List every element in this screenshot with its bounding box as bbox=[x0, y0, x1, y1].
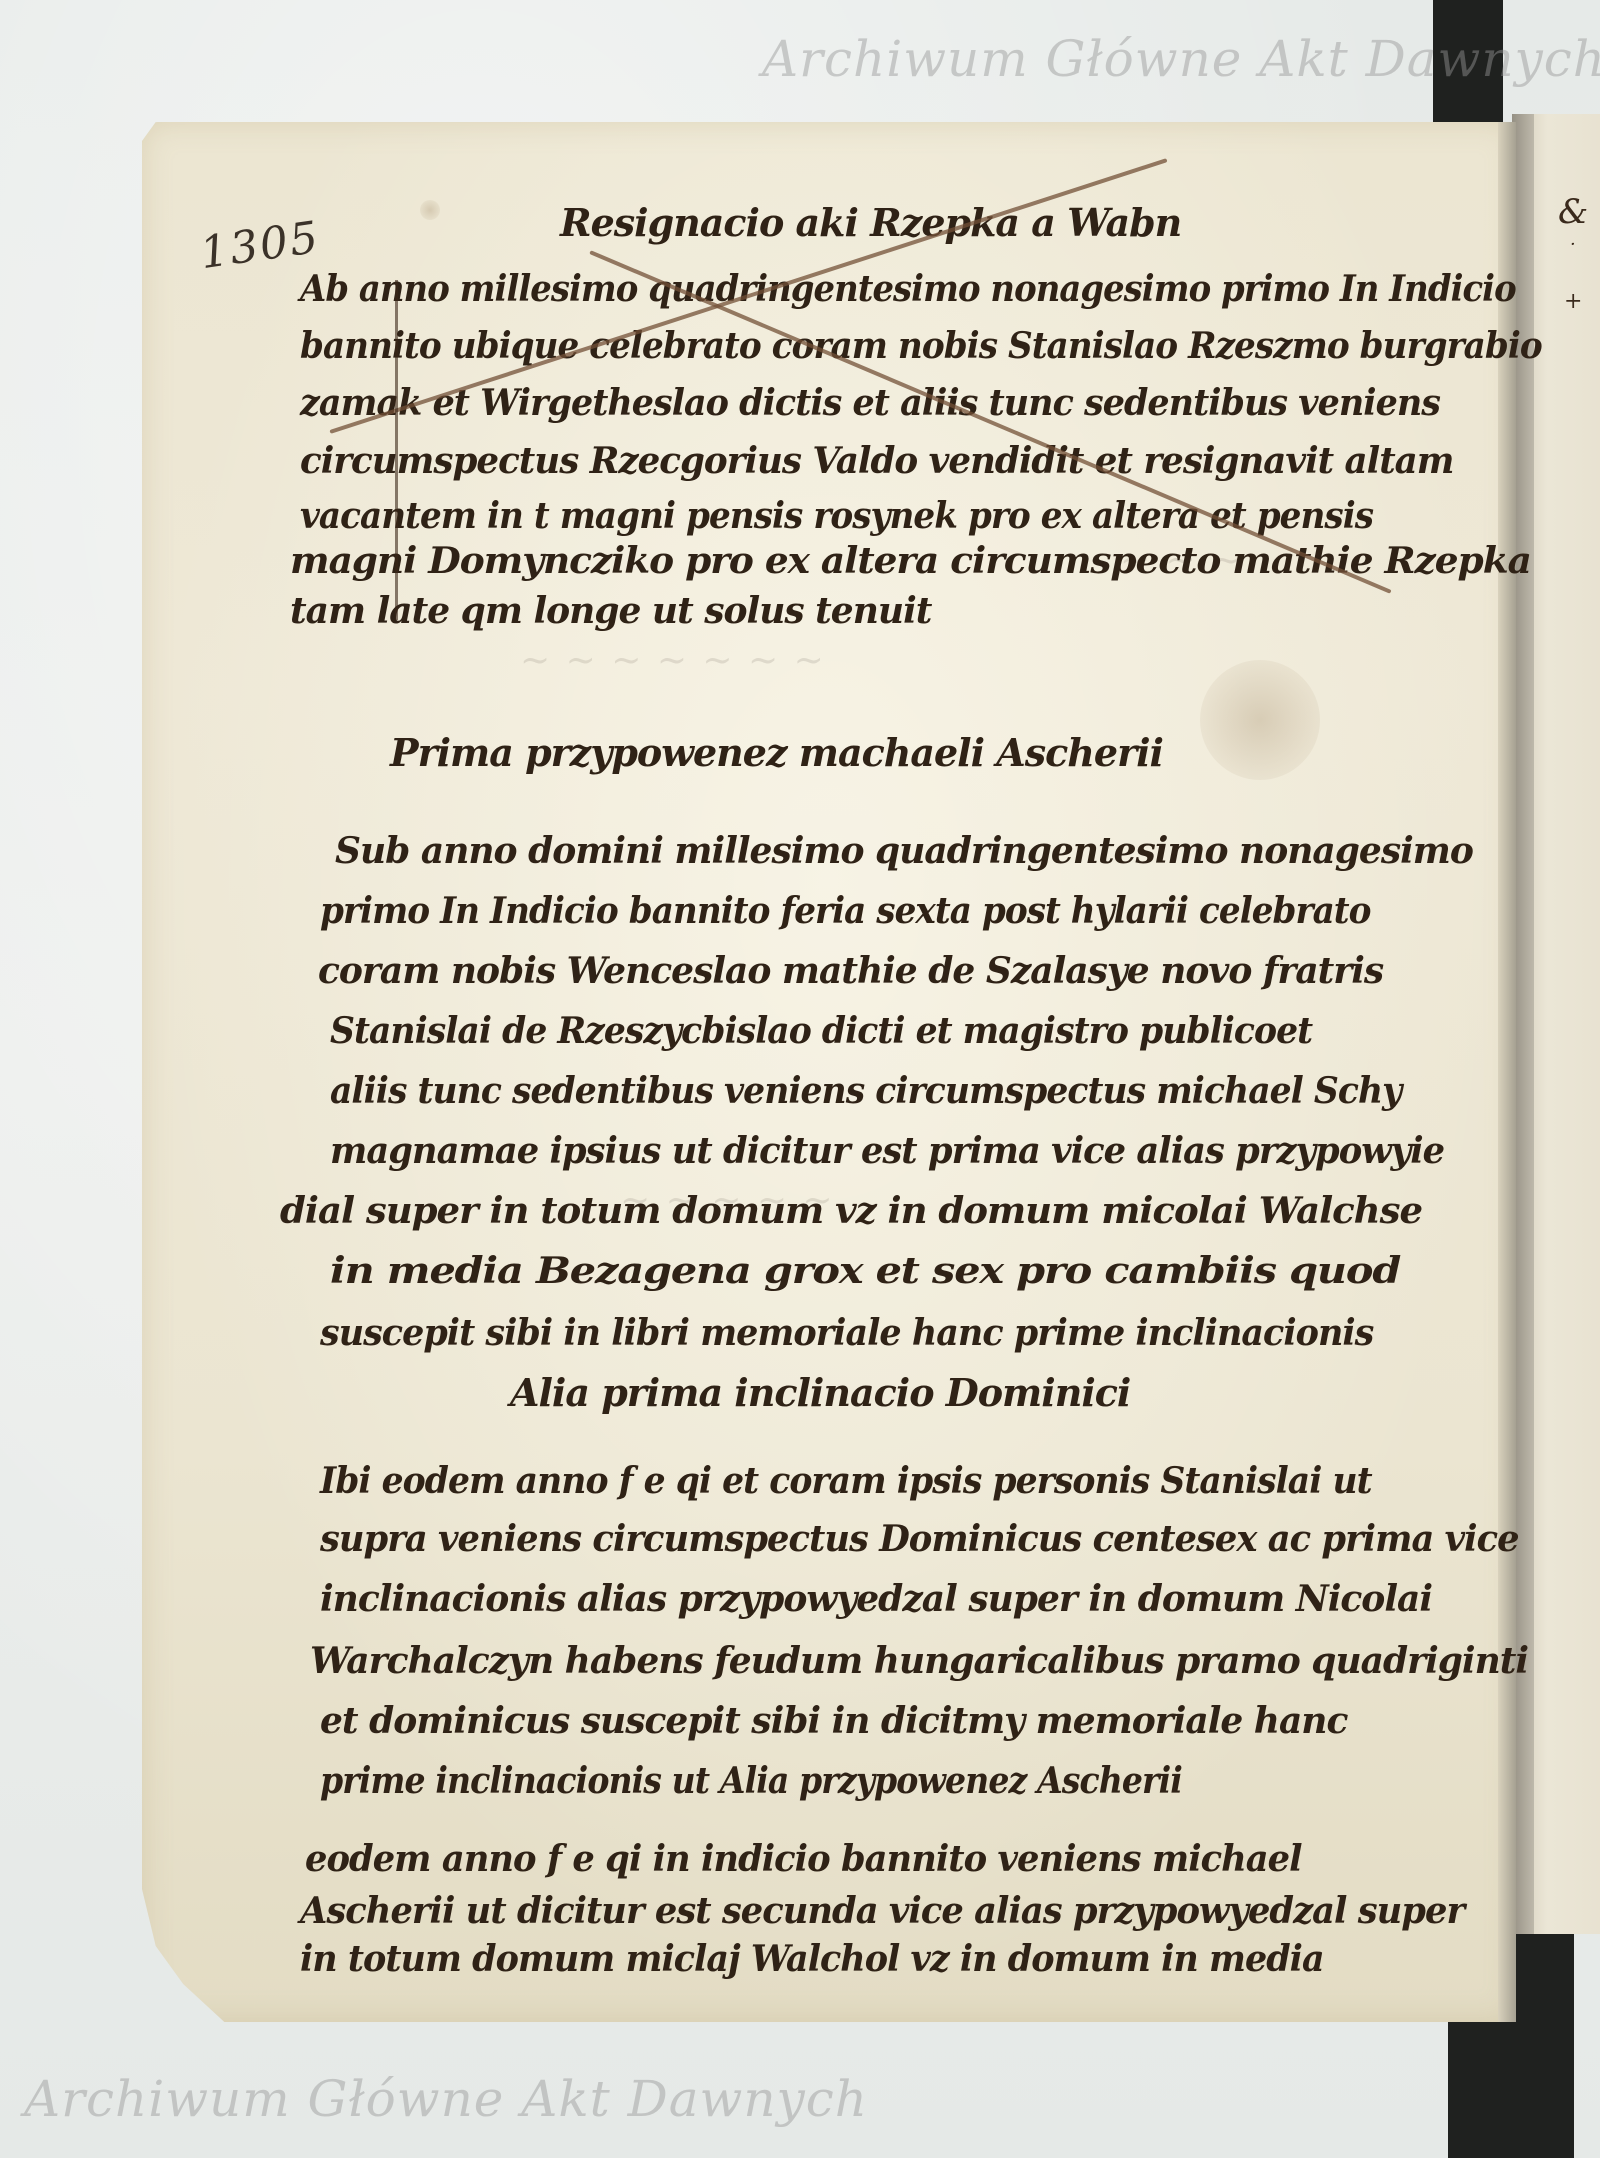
manuscript-line: tam late qm longe ut solus tenuit bbox=[290, 590, 931, 632]
ink-bleed-through: ~ ~ ~ ~ ~ ~ ~ bbox=[520, 640, 826, 681]
section-heading: Alia prima inclinacio Dominici bbox=[510, 1370, 1130, 1415]
adjacent-page-fragment: & bbox=[1558, 192, 1588, 232]
paper-stain bbox=[420, 200, 440, 220]
manuscript-line: magni Domyncziko pro ex altera circumspe… bbox=[290, 540, 1531, 582]
manuscript-line: supra veniens circumspectus Dominicus ce… bbox=[320, 1518, 1519, 1560]
page-right-edge bbox=[1498, 122, 1516, 2022]
manuscript-line: Sub anno domini millesimo quadringentesi… bbox=[335, 830, 1473, 872]
archive-watermark-bottom: Archiwum Główne Akt Dawnych bbox=[24, 2070, 868, 2128]
manuscript-line: inclinacionis alias przypowyedzal super … bbox=[320, 1578, 1432, 1620]
manuscript-line: et dominicus suscepit sibi in dicitmy me… bbox=[320, 1700, 1347, 1742]
adjacent-page-fragment: + bbox=[1564, 289, 1582, 314]
archive-watermark-top: Archiwum Główne Akt Dawnych bbox=[762, 30, 1600, 88]
section-heading: Resignacio aki Rzepka a Wabn bbox=[560, 200, 1181, 245]
paper-stain bbox=[1200, 660, 1320, 780]
adjacent-page-fragment: · bbox=[1570, 234, 1576, 255]
manuscript-line: in totum domum miclaj Walchol vz in domu… bbox=[300, 1938, 1324, 1980]
strike-through-line bbox=[395, 280, 398, 620]
manuscript-line: suscepit sibi in libri memoriale hanc pr… bbox=[320, 1312, 1373, 1354]
manuscript-line: dial super in totum domum vz in domum mi… bbox=[280, 1190, 1422, 1232]
manuscript-line: circumspectus Rzecgorius Valdo vendidit … bbox=[300, 440, 1454, 482]
section-heading: Prima przypowenez machaeli Ascherii bbox=[390, 730, 1163, 775]
manuscript-line: Stanislai de Rzeszycbislao dicti et magi… bbox=[330, 1010, 1312, 1052]
manuscript-line: primo In Indicio bannito feria sexta pos… bbox=[320, 890, 1370, 932]
manuscript-line: magnamae ipsius ut dicitur est prima vic… bbox=[330, 1130, 1444, 1172]
manuscript-line: bannito ubique celebrato coram nobis Sta… bbox=[300, 325, 1542, 367]
manuscript-line: prime inclinacionis ut Alia przypowenez … bbox=[320, 1760, 1182, 1802]
manuscript-line: Ibi eodem anno f e qi et coram ipsis per… bbox=[320, 1460, 1372, 1502]
manuscript-line: eodem anno f e qi in indicio bannito ven… bbox=[305, 1838, 1302, 1880]
manuscript-line: aliis tunc sedentibus veniens circumspec… bbox=[330, 1070, 1401, 1112]
manuscript-line: zamak et Wirgetheslao dictis et aliis tu… bbox=[300, 382, 1440, 424]
manuscript-line: in media Bezagena grox et sex pro cambii… bbox=[330, 1250, 1400, 1292]
manuscript-line: Warchalczyn habens feudum hungaricalibus… bbox=[310, 1640, 1528, 1682]
manuscript-line: Ab anno millesimo quadringentesimo nonag… bbox=[300, 268, 1516, 310]
manuscript-line: coram nobis Wenceslao mathie de Szalasye… bbox=[318, 950, 1383, 992]
manuscript-line: Ascherii ut dicitur est secunda vice ali… bbox=[300, 1890, 1464, 1932]
